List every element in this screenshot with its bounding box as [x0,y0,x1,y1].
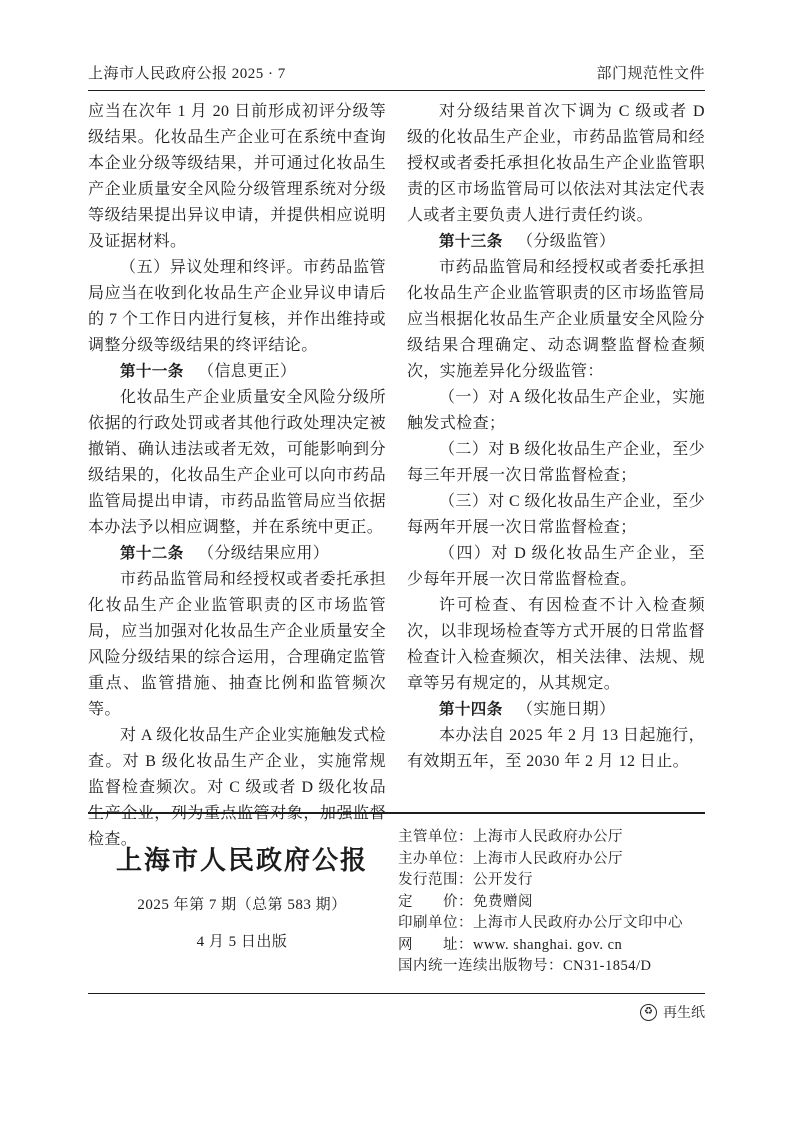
article-title: （信息更正） [198,363,296,380]
paragraph: 化妆品生产企业质量安全风险分级所依据的行政处罚或者其他行政处理决定被撤销、确认违… [88,385,386,541]
gazette-title: 上海市人民政府公报 [88,846,396,876]
header-right-section: 部门规范性文件 [596,62,705,83]
colophon-publication-info: 主管单位：上海市人民政府办公厅 主办单位：上海市人民政府办公厅 发行范围：公开发… [398,827,710,978]
right-column: 对分级结果首次下调为 C 级或者 D 级的化妆品生产企业，市药品监管局和经授权或… [407,99,705,775]
article-title: （实施日期） [517,701,615,718]
pub-info-line: 网 址：www. shanghai. gov. cn [398,935,710,957]
pub-info-line: 发行范围：公开发行 [398,870,710,892]
recycled-paper-mark: ♻ 再生纸 [640,1002,705,1022]
pub-info-line: 印刷单位：上海市人民政府办公厅文印中心 [398,913,710,935]
paragraph: （三）对 C 级化妆品生产企业，至少每两年开展一次日常监督检查； [407,489,705,541]
article-title: （分级结果应用） [198,545,329,562]
colophon-masthead: 上海市人民政府公报 2025 年第 7 期（总第 583 期） 4 月 5 日出… [88,846,396,951]
paragraph: （二）对 B 级化妆品生产企业，至少每三年开展一次日常监督检查； [407,437,705,489]
paragraph: （五）异议处理和终评。市药品监管局应当在收到化妆品生产企业异议申请后的 7 个工… [88,255,386,359]
paragraph: 市药品监管局和经授权或者委托承担化妆品生产企业监管职责的区市场监管局，应当加强对… [88,567,386,723]
footer-bottom-divider [88,993,705,994]
article-heading: 第十四条（实施日期） [407,697,705,723]
header-left-title: 上海市人民政府公报 2025 · 7 [88,62,286,83]
article-number: 第十一条 [120,363,184,380]
article-title: （分级监管） [517,233,615,250]
pub-info-line: 定 价：免费赠阅 [398,892,710,914]
gazette-publish-date: 4 月 5 日出版 [88,930,396,951]
article-number: 第十四条 [439,701,503,718]
gazette-page: 上海市人民政府公报 2025 · 7 部门规范性文件 应当在次年 1 月 20 … [0,0,793,1122]
paragraph: 对 A 级化妆品生产企业实施触发式检查。对 B 级化妆品生产企业，实施常规监督检… [88,723,386,853]
article-heading: 第十二条（分级结果应用） [88,541,386,567]
paragraph: 对分级结果首次下调为 C 级或者 D 级的化妆品生产企业，市药品监管局和经授权或… [407,99,705,229]
recycle-icon: ♻ [640,1004,657,1021]
article-heading: 第十三条（分级监管） [407,229,705,255]
footer-top-divider [88,812,705,814]
paragraph: 市药品监管局和经授权或者委托承担化妆品生产企业监管职责的区市场监管局应当根据化妆… [407,255,705,385]
paragraph: （四）对 D 级化妆品生产企业，至少每年开展一次日常监督检查。 [407,541,705,593]
pub-info-line: 主管单位：上海市人民政府办公厅 [398,827,710,849]
paragraph: 本办法自 2025 年 2 月 13 日起施行，有效期五年，至 2030 年 2… [407,723,705,775]
page-header: 上海市人民政府公报 2025 · 7 部门规范性文件 [88,62,705,83]
paragraph: 应当在次年 1 月 20 日前形成初评分级等级结果。化妆品生产企业可在系统中查询… [88,99,386,255]
gazette-issue-number: 2025 年第 7 期（总第 583 期） [88,893,396,914]
paragraph: 许可检查、有因检查不计入检查频次，以非现场检查等方式开展的日常监督检查计入检查频… [407,593,705,697]
article-heading: 第十一条（信息更正） [88,359,386,385]
article-number: 第十三条 [439,233,503,250]
pub-info-line: 国内统一连续出版物号：CN31-1854/D [398,956,710,978]
pub-info-line: 主办单位：上海市人民政府办公厅 [398,849,710,871]
paragraph: （一）对 A 级化妆品生产企业，实施触发式检查； [407,385,705,437]
article-number: 第十二条 [120,545,184,562]
left-column: 应当在次年 1 月 20 日前形成初评分级等级结果。化妆品生产企业可在系统中查询… [88,99,386,853]
header-divider [88,90,705,91]
recycle-label: 再生纸 [663,1002,705,1022]
